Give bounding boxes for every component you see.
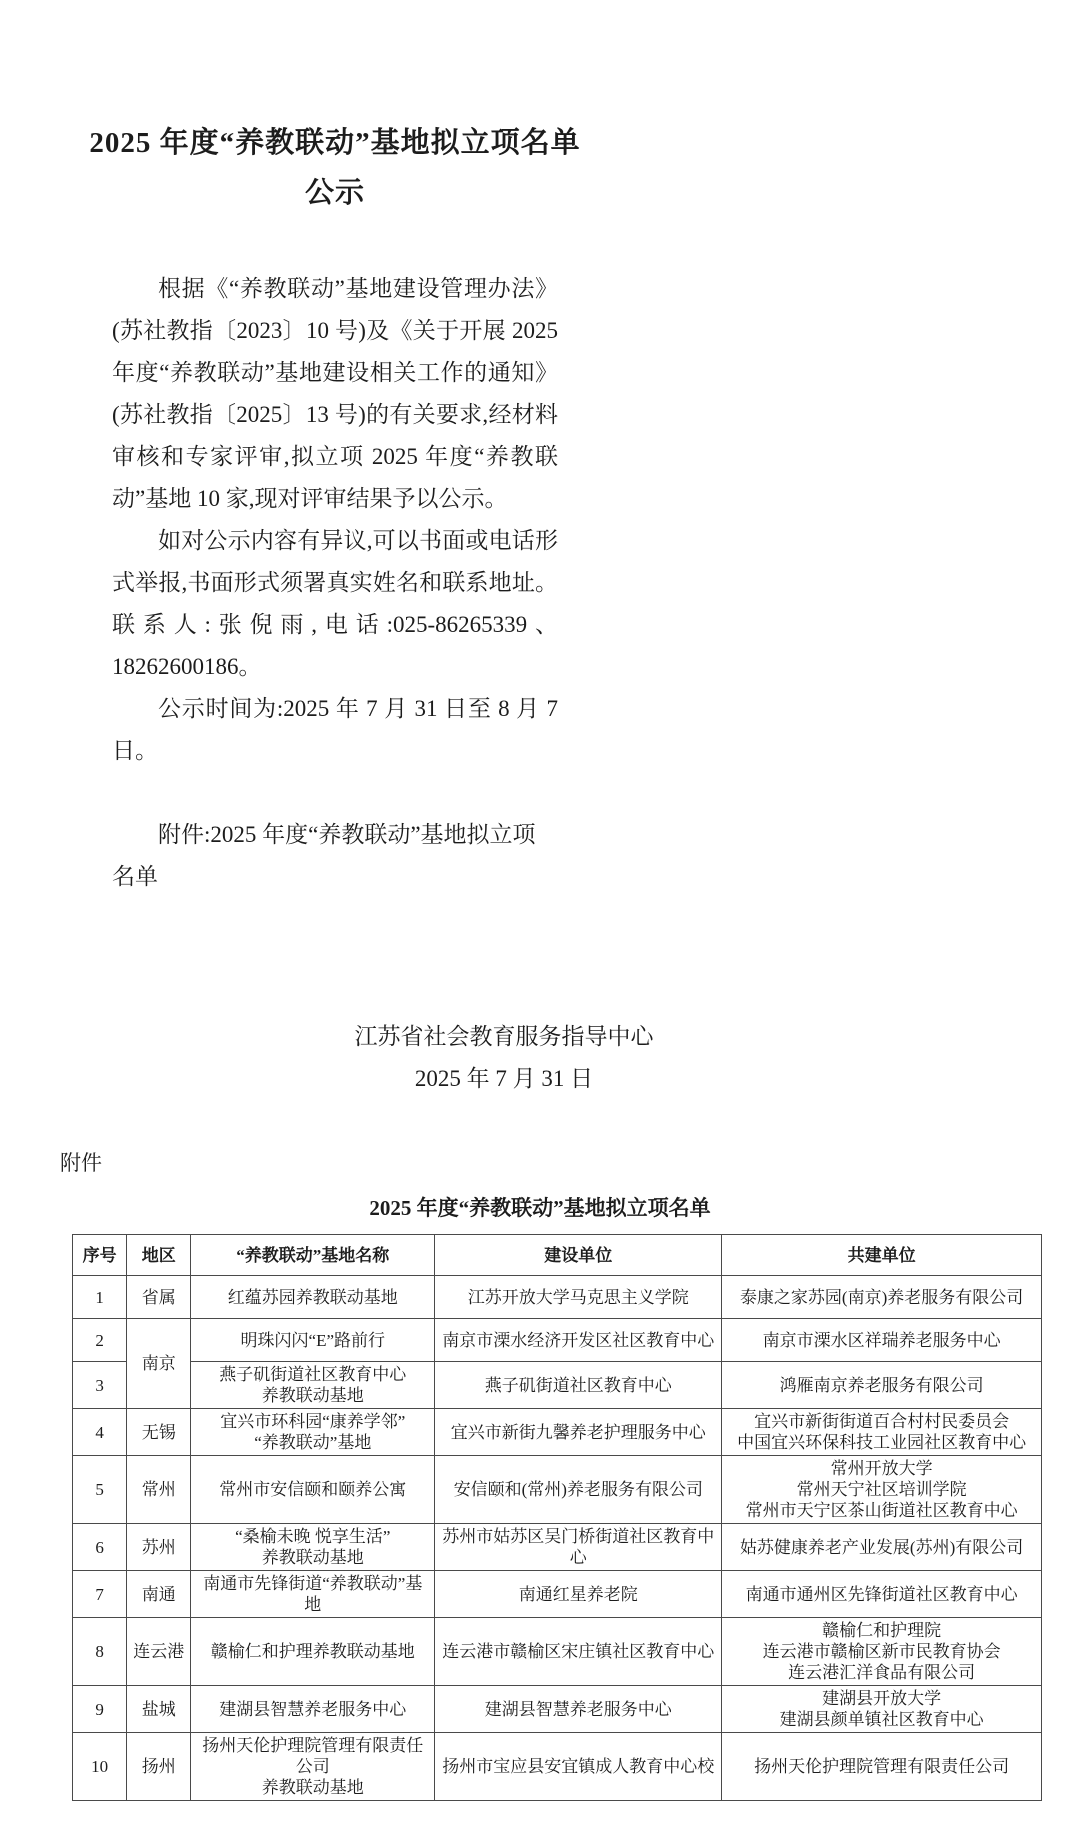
- cell-partners: 赣榆仁和护理院 连云港市赣榆区新市民教育协会 连云港汇洋食品有限公司: [722, 1618, 1042, 1686]
- cell-partners: 鸿雁南京养老服务有限公司: [722, 1362, 1042, 1409]
- cell-builder: 苏州市姑苏区吴门桥街道社区教育中心: [435, 1524, 722, 1571]
- cell-partners: 扬州天伦护理院管理有限责任公司: [722, 1733, 1042, 1801]
- cell-builder: 燕子矶街道社区教育中心: [435, 1362, 722, 1409]
- cell-builder: 建湖县智慧养老服务中心: [435, 1686, 722, 1733]
- cell-builder: 南京市溧水经济开发区社区教育中心: [435, 1319, 722, 1362]
- cell-builder: 连云港市赣榆区宋庄镇社区教育中心: [435, 1618, 722, 1686]
- cell-region: 无锡: [127, 1409, 191, 1456]
- cell-base-name: 赣榆仁和护理养教联动基地: [191, 1618, 435, 1686]
- table-row: 2南京明珠闪闪“E”路前行南京市溧水经济开发区社区教育中心南京市溧水区祥瑞养老服…: [73, 1319, 1042, 1362]
- cell-region: 扬州: [127, 1733, 191, 1801]
- cell-base-name: 红蕴苏园养教联动基地: [191, 1276, 435, 1319]
- cell-base-name: 宜兴市环科园“康养学邻” “养教联动”基地: [191, 1409, 435, 1456]
- cell-base-name: 常州市安信颐和颐养公寓: [191, 1456, 435, 1524]
- cell-builder: 扬州市宝应县安宜镇成人教育中心校: [435, 1733, 722, 1801]
- cell-region: 盐城: [127, 1686, 191, 1733]
- cell-no: 6: [73, 1524, 127, 1571]
- table-row: 10扬州扬州天伦护理院管理有限责任公司 养教联动基地扬州市宝应县安宜镇成人教育中…: [73, 1733, 1042, 1801]
- cell-no: 9: [73, 1686, 127, 1733]
- table-row: 7南通南通市先锋街道“养教联动”基地南通红星养老院南通市通州区先锋街道社区教育中…: [73, 1571, 1042, 1618]
- paragraph-publicity-period: 公示时间为:2025 年 7 月 31 日至 8 月 7 日。: [112, 688, 558, 772]
- table-row: 3燕子矶街道社区教育中心 养教联动基地燕子矶街道社区教育中心鸿雁南京养老服务有限…: [73, 1362, 1042, 1409]
- cell-region: 常州: [127, 1456, 191, 1524]
- cell-partners: 姑苏健康养老产业发展(苏州)有限公司: [722, 1524, 1042, 1571]
- paragraph-objection: 如对公示内容有异议,可以书面或电话形式举报,书面形式须署真实姓名和联系地址。联系…: [112, 520, 558, 688]
- header-partners: 共建单位: [722, 1235, 1042, 1276]
- table-row: 1省属红蕴苏园养教联动基地江苏开放大学马克思主义学院泰康之家苏园(南京)养老服务…: [73, 1276, 1042, 1319]
- attachment-reference: 附件:2025 年度“养教联动”基地拟立项名单: [112, 814, 558, 898]
- paragraph-basis: 根据《“养教联动”基地建设管理办法》(苏社教指〔2023〕10 号)及《关于开展…: [112, 268, 558, 520]
- header-builder: 建设单位: [435, 1235, 722, 1276]
- cell-partners: 南京市溧水区祥瑞养老服务中心: [722, 1319, 1042, 1362]
- table-row: 9盐城建湖县智慧养老服务中心建湖县智慧养老服务中心建湖县开放大学 建湖县颜单镇社…: [73, 1686, 1042, 1733]
- attachment-label: 附件: [60, 1148, 1080, 1178]
- cell-region: 连云港: [127, 1618, 191, 1686]
- cell-partners: 常州开放大学 常州天宁社区培训学院 常州市天宁区茶山街道社区教育中心: [722, 1456, 1042, 1524]
- cell-no: 4: [73, 1409, 127, 1456]
- cell-builder: 宜兴市新街九馨养老护理服务中心: [435, 1409, 722, 1456]
- cell-partners: 泰康之家苏园(南京)养老服务有限公司: [722, 1276, 1042, 1319]
- table-header-row: 序号 地区 “养教联动”基地名称 建设单位 共建单位: [73, 1235, 1042, 1276]
- cell-region: 南通: [127, 1571, 191, 1618]
- bases-table: 序号 地区 “养教联动”基地名称 建设单位 共建单位 1省属红蕴苏园养教联动基地…: [72, 1234, 1042, 1801]
- cell-no: 1: [73, 1276, 127, 1319]
- cell-builder: 南通红星养老院: [435, 1571, 722, 1618]
- cell-base-name: 扬州天伦护理院管理有限责任公司 养教联动基地: [191, 1733, 435, 1801]
- announcement-section: 2025 年度“养教联动”基地拟立项名单 公示 根据《“养教联动”基地建设管理办…: [112, 118, 558, 1100]
- cell-region: 苏州: [127, 1524, 191, 1571]
- document-title: 2025 年度“养教联动”基地拟立项名单 公示: [75, 118, 595, 218]
- cell-partners: 南通市通州区先锋街道社区教育中心: [722, 1571, 1042, 1618]
- table-wrapper: 序号 地区 “养教联动”基地名称 建设单位 共建单位 1省属红蕴苏园养教联动基地…: [72, 1234, 1042, 1801]
- header-no: 序号: [73, 1235, 127, 1276]
- cell-base-name: “桑榆未晚 悦享生活” 养教联动基地: [191, 1524, 435, 1571]
- cell-builder: 江苏开放大学马克思主义学院: [435, 1276, 722, 1319]
- cell-builder: 安信颐和(常州)养老服务有限公司: [435, 1456, 722, 1524]
- signature-block: 江苏省社会教育服务指导中心 2025 年 7 月 31 日: [334, 1016, 674, 1100]
- cell-no: 2: [73, 1319, 127, 1362]
- cell-base-name: 南通市先锋街道“养教联动”基地: [191, 1571, 435, 1618]
- issue-date: 2025 年 7 月 31 日: [334, 1058, 674, 1100]
- table-row: 5常州常州市安信颐和颐养公寓安信颐和(常州)养老服务有限公司常州开放大学 常州天…: [73, 1456, 1042, 1524]
- cell-no: 7: [73, 1571, 127, 1618]
- table-row: 8连云港赣榆仁和护理养教联动基地连云港市赣榆区宋庄镇社区教育中心赣榆仁和护理院 …: [73, 1618, 1042, 1686]
- cell-region: 省属: [127, 1276, 191, 1319]
- header-region: 地区: [127, 1235, 191, 1276]
- cell-partners: 宜兴市新街街道百合村村民委员会 中国宜兴环保科技工业园社区教育中心: [722, 1409, 1042, 1456]
- document-title-line2: 公示: [75, 168, 595, 218]
- cell-partners: 建湖县开放大学 建湖县颜单镇社区教育中心: [722, 1686, 1042, 1733]
- table-row: 4无锡宜兴市环科园“康养学邻” “养教联动”基地宜兴市新街九馨养老护理服务中心宜…: [73, 1409, 1042, 1456]
- document-title-line1: 2025 年度“养教联动”基地拟立项名单: [75, 118, 595, 168]
- attachment-section: 附件 2025 年度“养教联动”基地拟立项名单 序号 地区 “养教联动”基地名称…: [0, 1148, 1080, 1801]
- document-page: 2025 年度“养教联动”基地拟立项名单 公示 根据《“养教联动”基地建设管理办…: [0, 0, 1080, 1844]
- cell-base-name: 建湖县智慧养老服务中心: [191, 1686, 435, 1733]
- cell-no: 10: [73, 1733, 127, 1801]
- attachment-table-title: 2025 年度“养教联动”基地拟立项名单: [0, 1192, 1080, 1222]
- cell-no: 5: [73, 1456, 127, 1524]
- bases-table-body: 1省属红蕴苏园养教联动基地江苏开放大学马克思主义学院泰康之家苏园(南京)养老服务…: [73, 1276, 1042, 1801]
- table-row: 6苏州“桑榆未晚 悦享生活” 养教联动基地苏州市姑苏区吴门桥街道社区教育中心姑苏…: [73, 1524, 1042, 1571]
- cell-base-name: 明珠闪闪“E”路前行: [191, 1319, 435, 1362]
- cell-no: 3: [73, 1362, 127, 1409]
- header-base-name: “养教联动”基地名称: [191, 1235, 435, 1276]
- cell-region: 南京: [127, 1319, 191, 1409]
- cell-base-name: 燕子矶街道社区教育中心 养教联动基地: [191, 1362, 435, 1409]
- cell-no: 8: [73, 1618, 127, 1686]
- issuer-name: 江苏省社会教育服务指导中心: [334, 1016, 674, 1058]
